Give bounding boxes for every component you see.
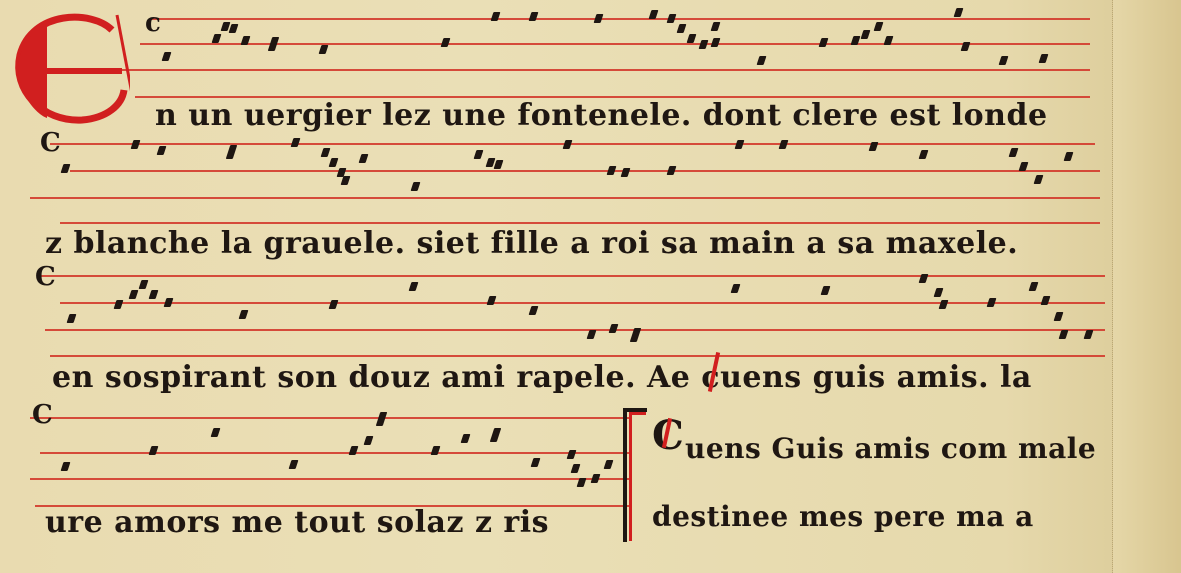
- lyric-line-2: z blanche la grauele. siet fille a roi s…: [45, 226, 1018, 261]
- c-clef-icon: C: [40, 128, 61, 158]
- lyric-line-1: n un uergier lez une fontenele. dont cle…: [155, 98, 1048, 133]
- verse2-line-2: destinee mes pere ma a: [652, 500, 1034, 533]
- page-margin: [1112, 0, 1181, 573]
- c-clef-icon: c: [145, 8, 161, 38]
- c-clef-icon: C: [32, 400, 53, 430]
- verse2-line-1: uens Guis amis com male: [685, 432, 1096, 465]
- decorated-initial-e-icon: [12, 10, 130, 128]
- lyric-line-4: ure amors me tout solaz z ris: [45, 505, 549, 540]
- lyric-line-3: en sospirant son douz ami rapele. Ae cue…: [52, 360, 1032, 395]
- manuscript-page: c n un uergier: [0, 0, 1181, 573]
- c-clef-icon: C: [35, 262, 56, 292]
- verse-bracket-red: [629, 412, 646, 541]
- staff-line: [150, 18, 1090, 20]
- staff-line: [140, 43, 1090, 45]
- staff-line: [120, 69, 1090, 71]
